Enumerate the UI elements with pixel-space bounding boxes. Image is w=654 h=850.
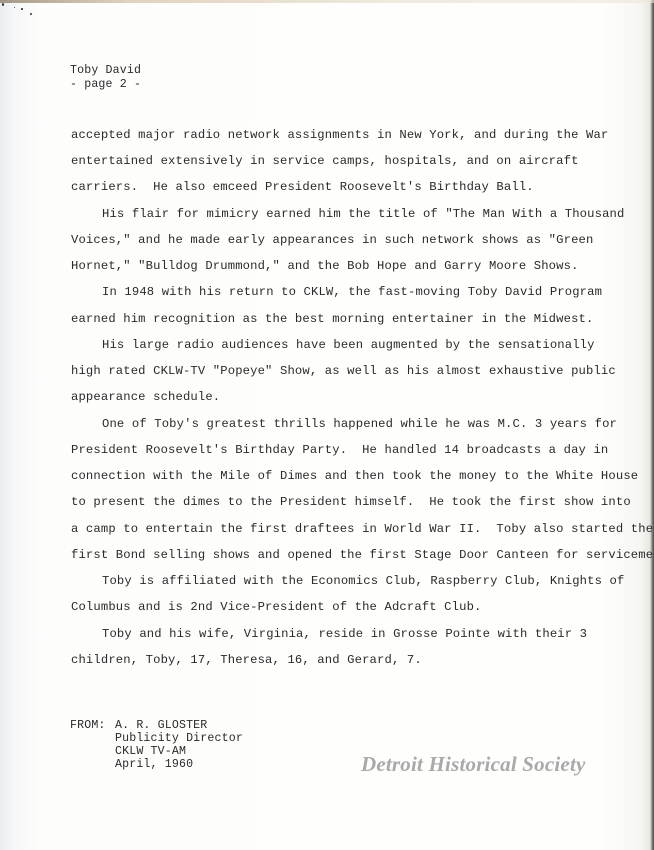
- body-line: earned him recognition as the best morni…: [71, 312, 593, 326]
- from-date: April, 1960: [115, 758, 193, 771]
- body-line: high rated CKLW-TV "Popeye" Show, as wel…: [71, 364, 616, 378]
- from-title: Publicity Director: [115, 732, 243, 745]
- body-line: appearance schedule.: [71, 390, 220, 404]
- body-line: President Roosevelt's Birthday Party. He…: [71, 443, 608, 457]
- body-line: Columbus and is 2nd Vice-President of th…: [71, 600, 482, 614]
- body-line: Toby and his wife, Virginia, reside in G…: [102, 627, 587, 641]
- header-page-number: - page 2 -: [70, 78, 141, 92]
- body-line: Hornet," "Bulldog Drummond," and the Bob…: [71, 259, 579, 273]
- header-name: Toby David: [70, 64, 141, 78]
- body-line: to present the dimes to the President hi…: [71, 495, 631, 509]
- body-line: carriers. He also emceed President Roose…: [71, 180, 534, 194]
- body-line: accepted major radio network assignments…: [71, 128, 608, 142]
- body-line: connection with the Mile of Dimes and th…: [71, 469, 638, 483]
- body-line: His flair for mimicry earned him the tit…: [102, 207, 624, 221]
- body-line: His large radio audiences have been augm…: [102, 338, 595, 352]
- body-line: children, Toby, 17, Theresa, 16, and Ger…: [71, 653, 422, 667]
- from-station: CKLW TV-AM: [115, 745, 186, 758]
- document-page: Toby David - page 2 - accepted major rad…: [0, 0, 654, 850]
- body-line: Toby is affiliated with the Economics Cl…: [102, 574, 624, 588]
- paper-top-edge: [0, 0, 654, 3]
- body-line: One of Toby's greatest thrills happened …: [102, 417, 617, 431]
- body-line: first Bond selling shows and opened the …: [71, 548, 654, 562]
- watermark-detroit-historical-society: Detroit Historical Society: [361, 752, 586, 777]
- body-line: a camp to entertain the first draftees i…: [71, 522, 653, 536]
- from-label: FROM:: [70, 719, 106, 732]
- body-line: Voices," and he made early appearances i…: [71, 233, 593, 247]
- body-line: entertained extensively in service camps…: [71, 154, 579, 168]
- from-name: A. R. GLOSTER: [115, 719, 207, 732]
- body-line: In 1948 with his return to CKLW, the fas…: [102, 285, 602, 299]
